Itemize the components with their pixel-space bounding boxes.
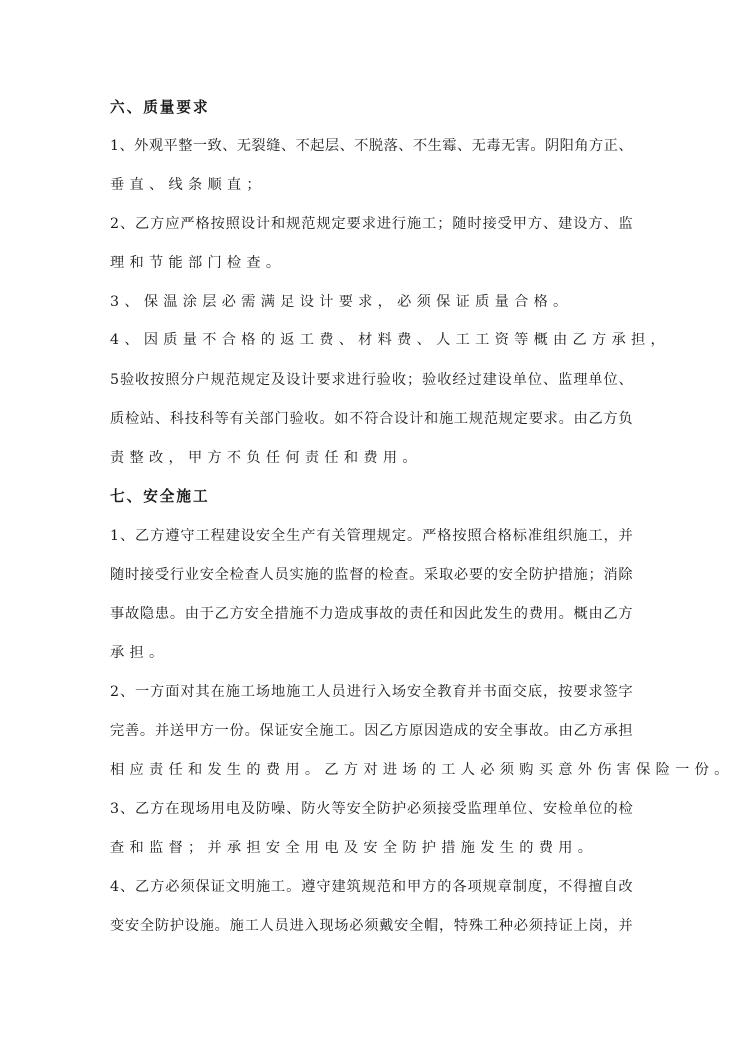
paragraph-line: 承担。 — [110, 642, 633, 664]
paragraph-line: 1、乙方遵守工程建设安全生产有关管理规定。严格按照合格标准组织施工，并 — [110, 525, 633, 547]
paragraph-line: 3、保温涂层必需满足设计要求，必须保证质量合格。 — [110, 291, 633, 313]
paragraph-line: 相应责任和发生的费用。乙方对进场的工人必须购买意外伤害保险一份。 — [110, 759, 633, 781]
paragraph-line: 理和节能部门检查。 — [110, 252, 633, 274]
paragraph-line: 5验收按照分户规范规定及设计要求进行验收；验收经过建设单位、监理单位、 — [110, 369, 633, 391]
paragraph-line: 3、乙方在现场用电及防噪、防火等安全防护必须接受监理单位、安检单位的检 — [110, 798, 633, 820]
section-heading-safety: 七、安全施工 — [110, 486, 633, 508]
paragraph-line: 质检站、科技科等有关部门验收。如不符合设计和施工规范规定要求。由乙方负 — [110, 408, 633, 430]
paragraph-line: 查和监督；并承担安全用电及安全防护措施发生的费用。 — [110, 837, 633, 859]
paragraph-line: 随时接受行业安全检查人员实施的监督的检查。采取必要的安全防护措施；消除 — [110, 564, 633, 586]
paragraph-line: 责整改，甲方不负任何责任和费用。 — [110, 447, 633, 469]
paragraph-line: 2、一方面对其在施工场地施工人员进行入场安全教育并书面交底，按要求签字 — [110, 681, 633, 703]
paragraph-line: 事故隐患。由于乙方安全措施不力造成事故的责任和因此发生的费用。概由乙方 — [110, 603, 633, 625]
paragraph-line: 4、乙方必须保证文明施工。遵守建筑规范和甲方的各项规章制度，不得擅自改 — [110, 876, 633, 898]
paragraph-line: 垂直、线条顺直； — [110, 174, 633, 196]
paragraph-line: 4、因质量不合格的返工费、材料费、人工工资等概由乙方承担， — [110, 329, 633, 351]
section-heading-quality: 六、质量要求 — [110, 97, 633, 119]
paragraph-line: 变安全防护设施。施工人员进入现场必须戴安全帽，特殊工种必须持证上岗，并 — [110, 915, 633, 937]
paragraph-line: 2、乙方应严格按照设计和规范规定要求进行施工；随时接受甲方、建设方、监 — [110, 213, 633, 235]
paragraph-line: 1、外观平整一致、无裂缝、不起层、不脱落、不生霉、无毒无害。阴阳角方正、 — [110, 135, 633, 157]
paragraph-line: 完善。并送甲方一份。保证安全施工。因乙方原因造成的安全事故。由乙方承担 — [110, 720, 633, 742]
document-page: 六、质量要求 1、外观平整一致、无裂缝、不起层、不脱落、不生霉、无毒无害。阴阳角… — [0, 0, 744, 1052]
